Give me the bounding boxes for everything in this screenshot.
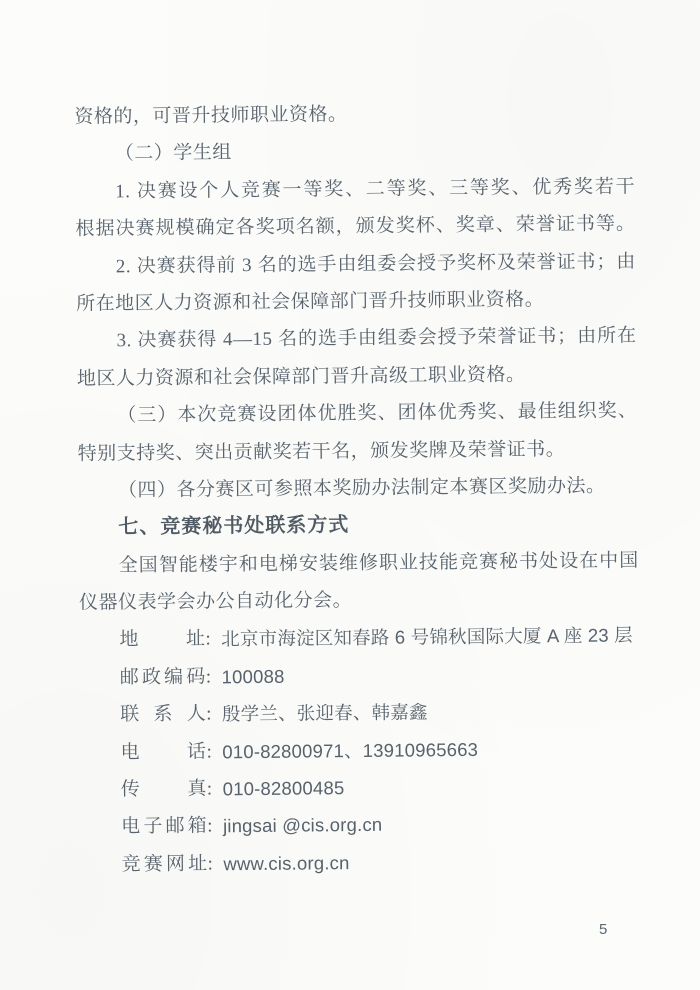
contact-label: 传真	[121, 770, 207, 808]
contact-label: 地址	[119, 621, 205, 659]
body-line: 所在地区人力资源和社会保障部门晋升技师职业资格。	[76, 280, 636, 323]
contact-value: 殷学兰、张迎春、韩嘉鑫	[222, 694, 428, 733]
section-heading: 七、竞赛秘书处联系方式	[78, 505, 638, 548]
contact-row-phone: 电话:010-82800971、13910965663	[80, 729, 640, 772]
contact-colon: :	[207, 770, 223, 808]
body-line: 地区人力资源和社会保障部门晋升高级工职业资格。	[77, 355, 637, 398]
contact-value: 100088	[221, 658, 284, 696]
contact-colon: :	[207, 845, 223, 883]
body-line: 1. 决赛设个人竞赛一等奖、二等奖、三等奖、优秀奖若干名，	[75, 168, 635, 211]
body-line: 3. 决赛获得 4—15 名的选手由组委会授予荣誉证书；由所在	[76, 318, 636, 361]
body-line: 2. 决赛获得前 3 名的选手由组委会授予奖杯及荣誉证书；由	[76, 243, 636, 286]
contact-row-website: 竞赛网址:www.cis.org.cn	[81, 841, 641, 884]
body-line: 根据决赛规模确定各奖项名额，颁发奖杯、奖章、荣誉证书等。	[75, 205, 635, 248]
document-content: 资格的，可晋升技师职业资格。 （二）学生组 1. 决赛设个人竞赛一等奖、二等奖、…	[74, 93, 642, 884]
contact-row-postcode: 邮政编码:100088	[80, 654, 640, 697]
contact-label: 邮政编码	[120, 658, 206, 696]
contact-value: 010-82800971、13910965663	[222, 731, 478, 771]
body-line: （三）本次竞赛设团体优胜奖、团体优秀奖、最佳组织奖、	[77, 392, 637, 435]
contact-row-fax: 传真:010-82800485	[81, 766, 641, 809]
contact-colon: :	[206, 696, 222, 734]
body-line: 资格的，可晋升技师职业资格。	[74, 93, 634, 136]
contact-label: 电子邮箱	[121, 808, 207, 846]
contact-label: 竞赛网址	[121, 845, 207, 883]
contact-row-address: 地址:北京市海淀区知春路 6 号锦秋国际大厦 A 座 23 层	[79, 617, 639, 660]
document-page: 资格的，可晋升技师职业资格。 （二）学生组 1. 决赛设个人竞赛一等奖、二等奖、…	[0, 0, 700, 990]
body-line: （四）各分赛区可参照本奖励办法制定本赛区奖励办法。	[78, 467, 638, 510]
contact-value: 北京市海淀区知春路 6 号锦秋国际大厦 A 座 23 层	[221, 617, 633, 658]
body-line: （二）学生组	[75, 131, 635, 174]
body-line: 全国智能楼宇和电梯安装维修职业技能竞赛秘书处设在中国	[79, 542, 639, 585]
contact-value: 010-82800485	[222, 769, 344, 808]
contact-colon: :	[205, 621, 221, 659]
contact-colon: :	[206, 733, 222, 771]
contact-row-persons: 联系人:殷学兰、张迎春、韩嘉鑫	[80, 692, 640, 735]
contact-colon: :	[207, 808, 223, 846]
contact-row-email: 电子邮箱:jingsai @cis.org.cn	[81, 804, 641, 847]
contact-colon: :	[206, 658, 222, 696]
contact-label: 电话	[120, 733, 206, 771]
contact-value: jingsai @cis.org.cn	[223, 806, 383, 845]
contact-label: 联系人	[120, 696, 206, 734]
body-line: 仪器仪表学会办公自动化分会。	[79, 579, 639, 622]
contact-value: www.cis.org.cn	[223, 844, 350, 883]
page-number: 5	[599, 921, 607, 938]
body-line: 特别支持奖、突出贡献奖若干名，颁发奖牌及荣誉证书。	[77, 430, 637, 473]
